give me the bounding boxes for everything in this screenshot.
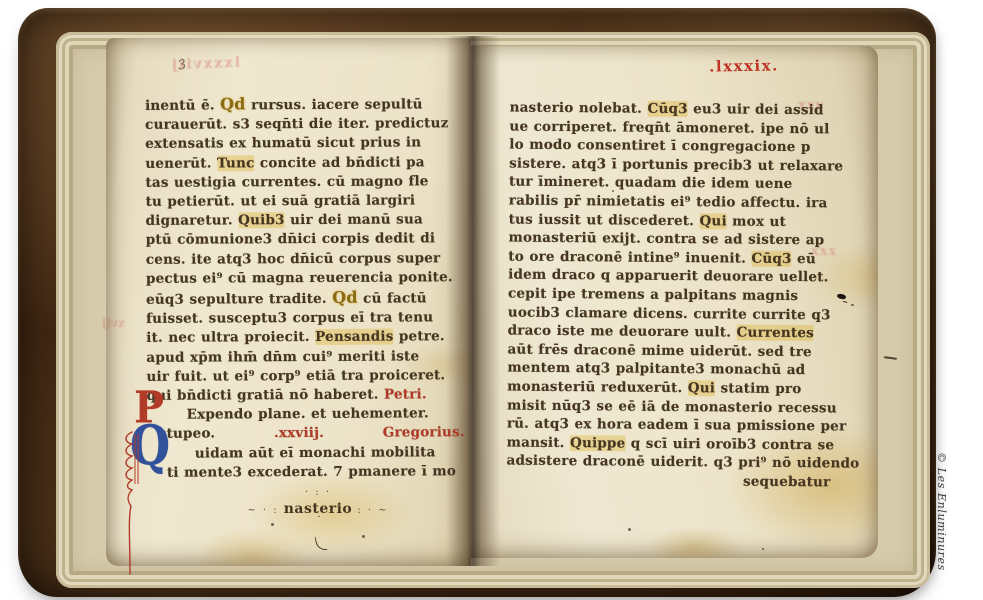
- penwork-flourish-icon: [118, 428, 142, 578]
- manuscript-text-line: uir fuit. ut ei⁹ corp⁹ etiā tra proicere…: [146, 366, 468, 387]
- manuscript-text-line: qui bn̄dicti gratiā nō haberet. Petri.: [147, 385, 469, 406]
- manuscript-text-line: cens. ite atq3 hoc dn̄icū corpus super: [146, 249, 468, 270]
- photo-credit: © Les Enluminures: [935, 452, 948, 571]
- manuscript-text-line: dignaretur. Quib3 uir dei manū sua: [146, 210, 468, 231]
- manuscript-text-line: cepit ipe tremens a palpitans magnis: [508, 284, 844, 306]
- manuscript-text-line: ti mente3 excederat. 7 pmanere ī mo: [147, 462, 469, 483]
- manuscript-text-line: draco iste me deuorare uult. Currentes: [508, 322, 844, 344]
- folio-number: .lxxxix.: [696, 56, 792, 76]
- ink-speck: [612, 190, 614, 192]
- catchword-ornament-above: · : ·: [228, 487, 408, 498]
- left-text-block: inentū ē. Qd rursus. iacere sepultūcurau…: [145, 93, 469, 483]
- manuscript-text-line: tu petierūt. ut ei suā gratiā largiri: [145, 191, 467, 212]
- catchword-ornament-right: : · ~: [357, 505, 388, 516]
- manuscript-text-line: curauerūt. s3 seqn̄ti die iter. predictu…: [145, 114, 467, 135]
- ink-speck: [362, 535, 365, 538]
- manuscript-text-line: stupeo..xxviij.Gregorius.: [147, 424, 469, 445]
- catchword-ornament-below: · : ·: [314, 506, 324, 522]
- ink-speck: [628, 528, 631, 531]
- manuscript-text-line: sequebatur: [506, 470, 842, 492]
- manuscript-text-line: it. nec ultra proiecit. Pensandis petre.: [146, 328, 468, 349]
- ink-speck: [762, 548, 764, 550]
- right-text-block: nasterio nolebat. Cūq3 eu3 uir dei assid…: [506, 99, 845, 492]
- photo-canvas: lxxxviij 3 xvij xxv xxx .lxxxix. inentū …: [0, 0, 983, 600]
- manuscript-text-line: uidam aūt eī monachi mobilita: [147, 443, 469, 464]
- manuscript-text-line: tas uestigia currentes. cū magno fle: [145, 172, 467, 193]
- manuscript-text-line: fuisset. susceptu3 corpus eī tra tenu: [146, 308, 468, 329]
- manuscript-text-line: adsistere draconē uiderit. q3 pri⁹ nō ui…: [506, 452, 842, 474]
- manuscript-text-line: eūq3 sepulture tradite. Qd cū factū: [146, 287, 468, 310]
- catchword-ornament-left: ~ · :: [247, 505, 278, 516]
- manuscript-text-line: pectus ei⁹ cū magna reuerencia ponite.: [146, 268, 468, 289]
- ink-speck: [271, 523, 274, 526]
- manuscript-text-line: apud xp̄m ihm̄ dn̄m cui⁹ meriti iste: [146, 347, 468, 368]
- manuscript-text-line: Expendo plane. et uehementer.: [147, 404, 469, 425]
- manuscript-text-line: rabilis pr̄ nimietatis ei⁹ tedio affectu…: [509, 192, 845, 214]
- manuscript-text-line: extensatis ex humatū sicut prius in: [145, 134, 467, 155]
- manuscript-text-line: inentū ē. Qd rursus. iacere sepultū: [145, 93, 467, 116]
- manuscript-text-line: rū. atq3 ex hora eadem ī sua pmissione p…: [507, 415, 843, 437]
- ink-speck: [851, 304, 854, 306]
- manuscript-text-line: monasteriū reduxerūt. Qui statim pro: [507, 377, 843, 399]
- manuscript-book: lxxxviij 3 xvij xxv xxx .lxxxix. inentū …: [18, 8, 936, 597]
- manuscript-text-line: nasterio nolebat. Cūq3 eu3 uir dei assid: [510, 99, 846, 121]
- manuscript-text-line: uenerūt. Tunc concite ad bn̄dicti pa: [145, 153, 467, 174]
- manuscript-text-line: ptū cōmunione3 dn̄ici corpis dedit di: [146, 230, 468, 251]
